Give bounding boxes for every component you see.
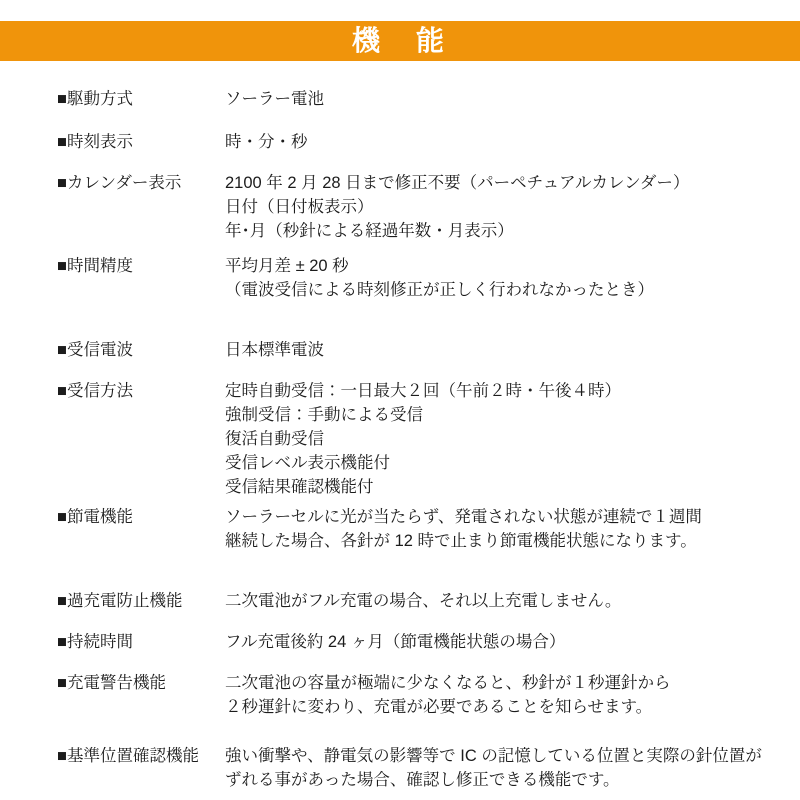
spec-line: 二次電池がフル充電の場合、それ以上充電しません。 <box>225 589 770 613</box>
spec-label: ■受信方法 <box>57 379 219 403</box>
spec-label: ■充電警告機能 <box>57 671 219 695</box>
spec-row: ■節電機能 ソーラーセルに光が当たらず、発電されない状態が連続で１週間 継続した… <box>57 505 770 553</box>
spec-line: 日付（日付板表示） <box>225 195 770 219</box>
spec-label: ■時間精度 <box>57 254 219 278</box>
spec-line: 受信レベル表示機能付 <box>225 451 770 475</box>
spec-lines: 2100 年 2 月 28 日まで修正不要（パーペチュアルカレンダー） 日付（日… <box>225 171 770 243</box>
spec-line: フル充電後約 24 ヶ月（節電機能状態の場合） <box>225 630 770 654</box>
spec-lines: 二次電池がフル充電の場合、それ以上充電しません。 <box>225 589 770 613</box>
spec-line: ソーラーセルに光が当たらず、発電されない状態が連続で１週間 <box>225 505 770 529</box>
spec-row: ■充電警告機能 二次電池の容量が極端に少なくなると、秒針が１秒運針から ２秒運針… <box>57 671 770 719</box>
spec-row: ■時間精度 平均月差 ± 20 秒 （電波受信による時刻修正が正しく行われなかっ… <box>57 254 770 302</box>
spec-row: ■時刻表示 時・分・秒 <box>57 130 770 154</box>
spec-row: ■受信電波 日本標準電波 <box>57 338 770 362</box>
spec-label: ■カレンダー表示 <box>57 171 219 195</box>
spec-line: ずれる事があった場合、確認し修正できる機能です。 <box>225 768 770 792</box>
spec-line: 定時自動受信：一日最大２回（午前２時・午後４時） <box>225 379 770 403</box>
spec-lines: 定時自動受信：一日最大２回（午前２時・午後４時） 強制受信：手動による受信 復活… <box>225 379 770 499</box>
spec-line: （電波受信による時刻修正が正しく行われなかったとき） <box>225 278 770 302</box>
spec-label: ■過充電防止機能 <box>57 589 219 613</box>
spec-line: 二次電池の容量が極端に少なくなると、秒針が１秒運針から <box>225 671 770 695</box>
spec-label: ■駆動方式 <box>57 87 219 111</box>
spec-sheet: 機 能 ■駆動方式 ソーラー電池 ■時刻表示 時・分・秒 ■カレンダー表示 21… <box>0 0 800 800</box>
spec-lines: ソーラー電池 <box>225 87 770 111</box>
spec-lines: 平均月差 ± 20 秒 （電波受信による時刻修正が正しく行われなかったとき） <box>225 254 770 302</box>
spec-lines: 強い衝撃や、静電気の影響等で IC の記憶している位置と実際の針位置が ずれる事… <box>225 744 770 792</box>
spec-row: ■過充電防止機能 二次電池がフル充電の場合、それ以上充電しません。 <box>57 589 770 613</box>
spec-line: 2100 年 2 月 28 日まで修正不要（パーペチュアルカレンダー） <box>225 171 770 195</box>
spec-row: ■持続時間 フル充電後約 24 ヶ月（節電機能状態の場合） <box>57 630 770 654</box>
spec-label: ■受信電波 <box>57 338 219 362</box>
spec-label: ■時刻表示 <box>57 130 219 154</box>
spec-line: 年･月（秒針による経過年数・月表示） <box>225 219 770 243</box>
spec-lines: ソーラーセルに光が当たらず、発電されない状態が連続で１週間 継続した場合、各針が… <box>225 505 770 553</box>
page-title: 機 能 <box>352 27 448 55</box>
spec-line: 日本標準電波 <box>225 338 770 362</box>
spec-line: 時・分・秒 <box>225 130 770 154</box>
spec-line: 復活自動受信 <box>225 427 770 451</box>
spec-label: ■節電機能 <box>57 505 219 529</box>
spec-label: ■持続時間 <box>57 630 219 654</box>
spec-line: 平均月差 ± 20 秒 <box>225 254 770 278</box>
spec-list: ■駆動方式 ソーラー電池 ■時刻表示 時・分・秒 ■カレンダー表示 2100 年… <box>0 61 800 792</box>
spec-line: 受信結果確認機能付 <box>225 475 770 499</box>
spec-line: 強い衝撃や、静電気の影響等で IC の記憶している位置と実際の針位置が <box>225 744 770 768</box>
spec-lines: 時・分・秒 <box>225 130 770 154</box>
spec-row: ■受信方法 定時自動受信：一日最大２回（午前２時・午後４時） 強制受信：手動によ… <box>57 379 770 499</box>
title-bar: 機 能 <box>0 21 800 61</box>
spec-label: ■基準位置確認機能 <box>57 744 219 768</box>
spec-line: 継続した場合、各針が 12 時で止まり節電機能状態になります。 <box>225 529 770 553</box>
spec-lines: 日本標準電波 <box>225 338 770 362</box>
spec-row: ■カレンダー表示 2100 年 2 月 28 日まで修正不要（パーペチュアルカレ… <box>57 171 770 243</box>
spec-row: ■駆動方式 ソーラー電池 <box>57 87 770 111</box>
spec-line: ２秒運針に変わり、充電が必要であることを知らせます。 <box>225 695 770 719</box>
spec-lines: フル充電後約 24 ヶ月（節電機能状態の場合） <box>225 630 770 654</box>
spec-row: ■基準位置確認機能 強い衝撃や、静電気の影響等で IC の記憶している位置と実際… <box>57 744 770 792</box>
spec-line: ソーラー電池 <box>225 87 770 111</box>
spec-line: 強制受信：手動による受信 <box>225 403 770 427</box>
spec-lines: 二次電池の容量が極端に少なくなると、秒針が１秒運針から ２秒運針に変わり、充電が… <box>225 671 770 719</box>
